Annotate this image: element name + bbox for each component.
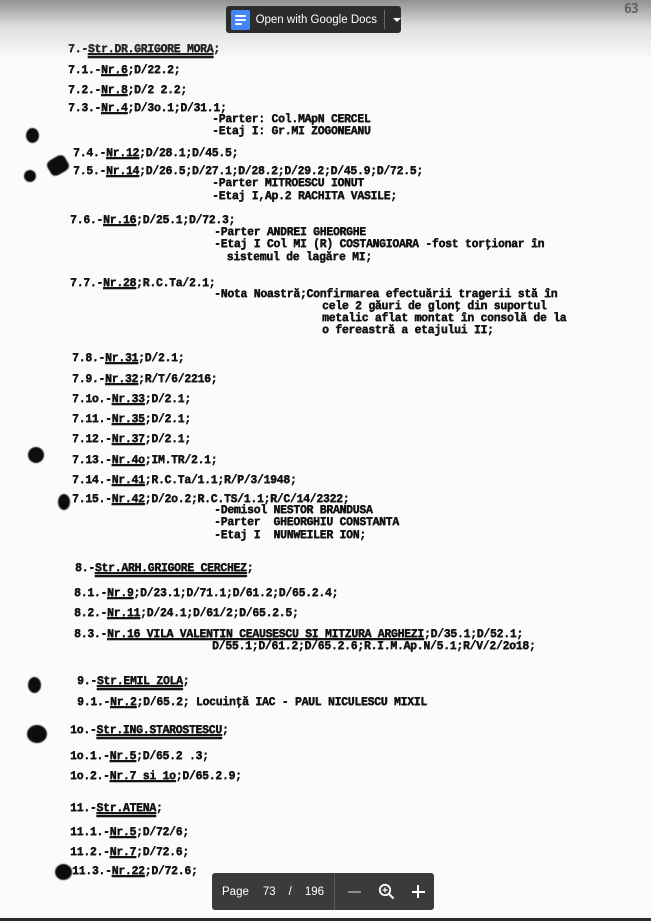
line-number: 8.- [75,562,95,575]
line-text: ;D/2.1; [145,413,191,426]
house-number: Nr.4 [101,102,127,115]
document-line: 11.2.-Nr.7;D/72.6; [70,847,189,859]
line-text: ;D/72/6; [136,826,189,839]
line-text: sistemul de lagăre MI; [220,251,372,264]
line-text: ;D/24.1;D/61/2;D/65.2.5; [140,607,298,620]
house-number: Nr.28 [103,277,136,290]
line-text: ;R.C.Ta/1.1;R/P/3/1948; [145,474,297,487]
line-number: 11.3.- [72,865,112,878]
line-number: 8.2.- [74,607,107,620]
line-number: 7.1.- [68,64,101,77]
page-label: Page [222,886,249,898]
document-page: 63 7.-Str.DR.GRIGORE MORA;7.1.-Nr.6;D/22… [0,0,651,918]
line-number: 1o.- [70,724,96,737]
line-number: 9.- [77,675,97,688]
street-name: Str.EMIL ZOLA [97,675,183,688]
line-number: 9.1.- [77,696,110,709]
document-line: 7.1.-Nr.6;D/22.2; [68,65,180,77]
line-number: 11.1.- [70,826,110,839]
line-text: ; [222,724,229,737]
house-number: Nr.41 [112,474,145,487]
line-text: ;D/72.6; [136,846,189,859]
document-line: 7.13.-Nr.4o;IM.TR/2.1; [72,455,217,467]
line-number: 1o.2.- [70,770,110,783]
plus-icon [412,885,425,898]
line-number: 7.8.- [72,352,105,365]
document-line-continuation: -Etaj I: Gr.MI ZOGONEANU [212,126,370,138]
ink-blot [27,725,47,743]
house-number: Nr.42 [112,493,145,506]
line-number: 11.- [70,802,96,815]
zoom-out-button[interactable] [339,873,371,910]
ink-blot [28,677,41,693]
line-text: D/55.1;D/61.2;D/65.2.6;R.I.M.Ap.N/5.1;R/… [212,640,535,653]
house-number: Nr.8 [101,84,127,97]
corner-page-number: 63 [624,2,638,17]
document-line: 7.11.-Nr.35;D/2.1; [72,414,191,426]
document-line: 7.3.-Nr.4;D/3o.1;D/31.1; [68,103,226,115]
ink-blot [55,864,72,880]
document-line: 11.1.-Nr.5;D/72/6; [70,827,189,839]
open-with-google-docs-button[interactable]: Open with Google Docs [226,6,401,33]
line-text: o fereastră a etajului II; [322,324,494,337]
line-number: 7.9.- [72,373,105,386]
line-number: 7.7.- [70,277,103,290]
house-number: Nr.2 [110,696,136,709]
document-line: 7.6.-Nr.16;D/25.1;D/72.3; [70,215,235,227]
line-text: ;D/65.2 .3; [136,750,209,763]
divider [384,10,385,29]
line-number: 1o.1.- [70,750,110,763]
document-line: 7.4.-Nr.12;D/28.1;D/45.5; [73,148,238,160]
line-text: -Parter MITROESCU IONUT [212,177,364,190]
google-docs-icon [231,10,250,30]
caret-down-icon[interactable] [393,18,401,22]
line-text: ; [156,802,163,815]
line-text: ;D/23.1;D/71.1;D/61.2;D/65.2.4; [133,587,338,600]
document-line-continuation: o fereastră a etajului II; [322,325,494,337]
line-text: ; [183,675,190,688]
line-text: -Etaj I NUNWEILER ION; [214,529,366,542]
line-text: ;D/65.2; Locuinţă IAC - PAUL NICULESCU M… [136,696,426,709]
ink-blot [58,494,70,510]
line-number: 7.3.- [68,102,101,115]
document-line-continuation: -Parter GHEORGHIU CONSTANTA [214,517,399,529]
line-text: -Etaj I,Ap.2 RACHITA VASILE; [212,190,397,203]
line-number: 7.5.- [73,165,106,178]
ink-blot [45,153,71,178]
divider [334,873,335,910]
document-line-continuation: -Etaj I Col MI (R) COSTANGIOARA -fost to… [214,239,544,251]
line-text: ; [213,43,220,56]
document-line-continuation: -Etaj I NUNWEILER ION; [214,530,366,542]
house-number: Nr.16 [103,214,136,227]
house-number: Nr.35 [112,413,145,426]
line-text: ;D/2.1; [145,393,191,406]
ink-blot [28,447,44,463]
document-line: 9.1.-Nr.2;D/65.2; Locuinţă IAC - PAUL NI… [77,697,427,709]
line-text: ;R/T/6/2216; [138,373,217,386]
house-number: Nr.32 [105,373,138,386]
document-line: 11.-Str.ATENA; [70,803,162,815]
house-number: Nr.12 [106,147,139,160]
document-line: 7.9.-Nr.32;R/T/6/2216; [72,374,217,386]
line-text: ;R.C.Ta/2.1; [136,277,215,290]
line-text: -Etaj I Col MI (R) COSTANGIOARA -fost to… [214,238,544,251]
house-number: Nr.4o [112,454,145,467]
line-number: 7.2.- [68,84,101,97]
line-text: ;D/2.1; [138,352,184,365]
document-line: 8.1.-Nr.9;D/23.1;D/71.1;D/61.2;D/65.2.4; [74,588,338,600]
line-text: ;D/22.2; [127,64,180,77]
document-line: 7.8.-Nr.31;D/2.1; [72,353,184,365]
house-number: Nr.5 [110,750,136,763]
ink-blot [24,170,36,182]
line-number: 7.14.- [72,474,112,487]
document-line: 8.2.-Nr.11;D/24.1;D/61/2;D/65.2.5; [74,608,298,620]
document-line-continuation: -Parter MITROESCU IONUT [212,178,364,190]
line-text: ;IM.TR/2.1; [145,454,218,467]
street-name: Str.DR.GRIGORE MORA [88,43,213,56]
line-text: ;D/65.2.9; [176,770,242,783]
zoom-in-button[interactable] [402,873,434,910]
page-separator: / [289,886,292,898]
line-text: -Parter GHEORGHIU CONSTANTA [214,516,399,529]
document-line-continuation: -Etaj I,Ap.2 RACHITA VASILE; [212,191,397,203]
house-number: Nr.5 [110,826,136,839]
document-line: 7.7.-Nr.28;R.C.Ta/2.1; [70,278,215,290]
current-page-input[interactable]: 73 [263,886,276,898]
line-number: 8.1.- [74,587,107,600]
open-with-label: Open with Google Docs [256,14,377,26]
house-number: Nr.7 si 1o [110,770,176,783]
house-number: Nr.37 [112,433,145,446]
line-number: 7.15.- [72,493,112,506]
magnifier-zoom-icon [378,883,395,900]
line-number: 7.1o.- [72,393,112,406]
line-number: 7.4.- [73,147,106,160]
line-number: 8.3.- [74,628,107,641]
house-number: Nr.6 [101,64,127,77]
total-pages: 196 [305,886,324,898]
document-line: 1o.1.-Nr.5;D/65.2 .3; [70,751,209,763]
house-number: Nr.9 [107,587,133,600]
document-line: 7.12.-Nr.37;D/2.1; [72,434,191,446]
document-line: 8.-Str.ARH.GRIGORE CERCHEZ; [75,563,253,575]
document-line: 7.1o.-Nr.33;D/2.1; [72,394,191,406]
document-line: 11.3.-Nr.22;D/72.6; [72,866,197,878]
house-number: Nr.14 [106,165,139,178]
minus-icon [348,891,361,893]
document-line: 1o.2.-Nr.7 si 1o;D/65.2.9; [70,771,242,783]
house-number: Nr.31 [105,352,138,365]
street-name: Str.ATENA [96,802,155,815]
line-text: ;D/28.1;D/45.5; [139,147,238,160]
line-number: 7.6.- [70,214,103,227]
document-line-continuation: sistemul de lagăre MI; [220,252,372,264]
document-line: 1o.-Str.ING.STAROSTESCU; [70,725,228,737]
ink-blot [26,128,39,143]
street-name: Str.ING.STAROSTESCU [96,724,221,737]
line-number: 7.11.- [72,413,112,426]
house-number: Nr.33 [112,393,145,406]
document-line: 7.14.-Nr.41;R.C.Ta/1.1;R/P/3/1948; [72,475,296,487]
line-number: 7.- [68,43,88,56]
zoom-button[interactable] [371,873,403,910]
page-controls: Page 73 / 196 [212,873,434,910]
line-text: ;D/72.6; [145,865,198,878]
line-number: 11.2.- [70,846,110,859]
house-number: Nr.7 [110,846,136,859]
document-line: 7.2.-Nr.8;D/2 2.2; [68,85,187,97]
street-name: Str.ARH.GRIGORE CERCHEZ [95,562,247,575]
line-text: ;D/2 2.2; [127,84,186,97]
document-line: 9.-Str.EMIL ZOLA; [77,676,189,688]
line-text: -Etaj I: Gr.MI ZOGONEANU [212,125,370,138]
document-line-continuation: D/55.1;D/61.2;D/65.2.6;R.I.M.Ap.N/5.1;R/… [212,641,535,653]
document-line: 7.-Str.DR.GRIGORE MORA; [68,44,220,56]
line-number: 7.12.- [72,433,112,446]
house-number: Nr.22 [112,865,145,878]
house-number: Nr.11 [107,607,140,620]
line-text: ; [247,562,254,575]
line-text: ;D/2.1; [145,433,191,446]
line-number: 7.13.- [72,454,112,467]
